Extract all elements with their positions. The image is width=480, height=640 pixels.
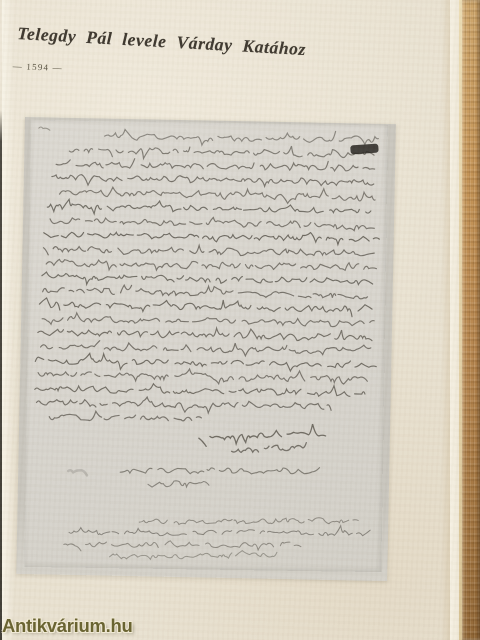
handwriting-line bbox=[105, 127, 379, 148]
handwriting-svg bbox=[16, 117, 396, 581]
manuscript-photo bbox=[16, 117, 396, 581]
date-label: — 1594 — bbox=[13, 61, 63, 73]
handwriting-line bbox=[110, 548, 277, 562]
handwriting-line bbox=[64, 538, 301, 555]
handwriting-line bbox=[199, 422, 326, 449]
handwriting-line bbox=[38, 324, 372, 342]
scanned-book-page: Telegdy Pál levele Várday Katához — 1594… bbox=[0, 0, 480, 640]
ink-blot bbox=[350, 144, 379, 155]
handwriting-line bbox=[47, 199, 371, 219]
page-fore-edge bbox=[450, 0, 459, 640]
watermark-label: Antikvárium.hu bbox=[2, 615, 132, 637]
handwriting-line bbox=[59, 184, 375, 205]
handwriting-line bbox=[46, 257, 376, 275]
handwriting-line bbox=[43, 242, 374, 261]
handwriting-line bbox=[42, 272, 373, 290]
handwriting-line bbox=[35, 352, 376, 374]
handwriting-line bbox=[50, 214, 375, 231]
handwriting-line bbox=[232, 441, 307, 453]
handwriting-line bbox=[56, 156, 375, 173]
handwriting-line bbox=[35, 380, 365, 398]
handwriting-line bbox=[148, 480, 209, 488]
handwriting-line bbox=[38, 366, 368, 387]
handwriting-line bbox=[69, 521, 370, 540]
page-title: Telegdy Pál levele Várday Katához bbox=[17, 23, 307, 60]
handwriting-line bbox=[43, 283, 368, 299]
handwriting-line bbox=[68, 470, 87, 475]
handwriting-line bbox=[139, 514, 358, 528]
page-edge-shadow bbox=[441, 0, 450, 640]
handwriting-line bbox=[69, 142, 374, 163]
handwriting-line bbox=[52, 173, 374, 190]
page-gutter-highlight bbox=[2, 0, 14, 640]
handwriting-line bbox=[36, 395, 331, 415]
handwriting-line bbox=[44, 227, 380, 245]
book-cover-edge bbox=[462, 0, 480, 640]
handwriting-line bbox=[42, 312, 374, 330]
handwriting-line bbox=[39, 127, 50, 130]
page-gutter-line bbox=[0, 110, 2, 640]
handwriting-line bbox=[120, 464, 319, 477]
handwriting-line bbox=[49, 410, 201, 422]
handwriting-line bbox=[39, 296, 372, 317]
